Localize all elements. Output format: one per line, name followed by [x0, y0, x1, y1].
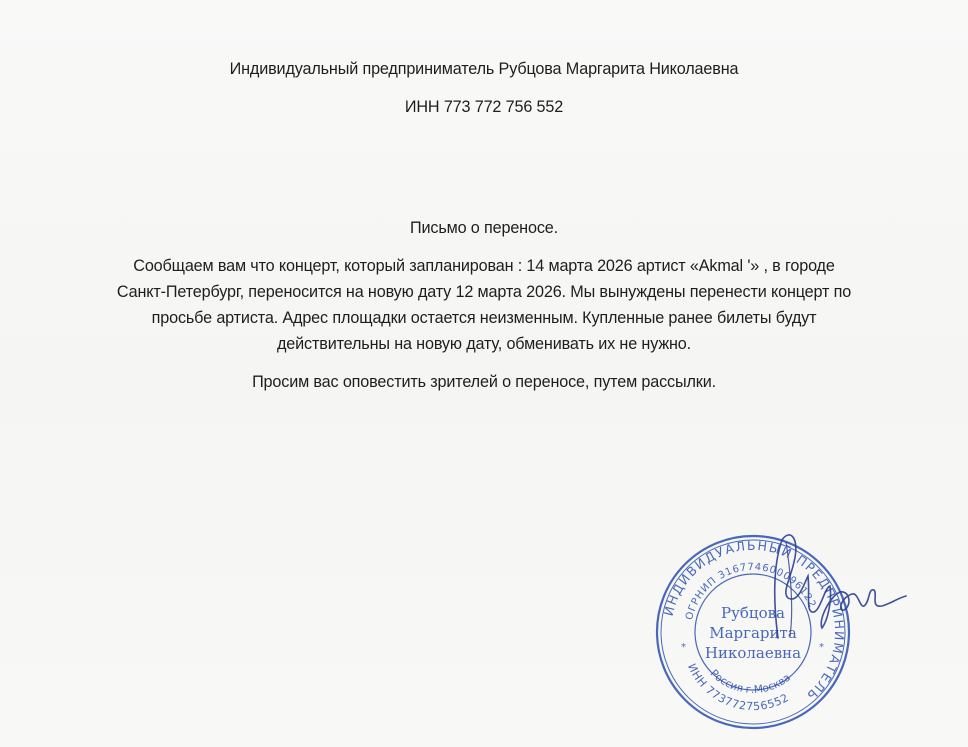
letter-title: Письмо о переносе.	[0, 219, 968, 238]
letter-page: Индивидуальный предприниматель Рубцова М…	[0, 0, 968, 747]
handwritten-signature	[760, 528, 910, 648]
body-line-3: просьбе артиста. Адрес площадки остается…	[0, 309, 968, 328]
header-inn: ИНН 773 772 756 552	[0, 98, 968, 117]
body-line-4: действительны на новую дату, обменивать …	[0, 335, 968, 354]
body-line-2: Санкт-Петербург, переносится на новую да…	[0, 283, 968, 302]
body-line-1: Сообщаем вам что концерт, который заплан…	[0, 257, 968, 276]
header-name: Индивидуальный предприниматель Рубцова М…	[0, 60, 968, 79]
request-line: Просим вас оповестить зрителей о перенос…	[0, 373, 968, 392]
svg-text:*: *	[681, 642, 686, 653]
